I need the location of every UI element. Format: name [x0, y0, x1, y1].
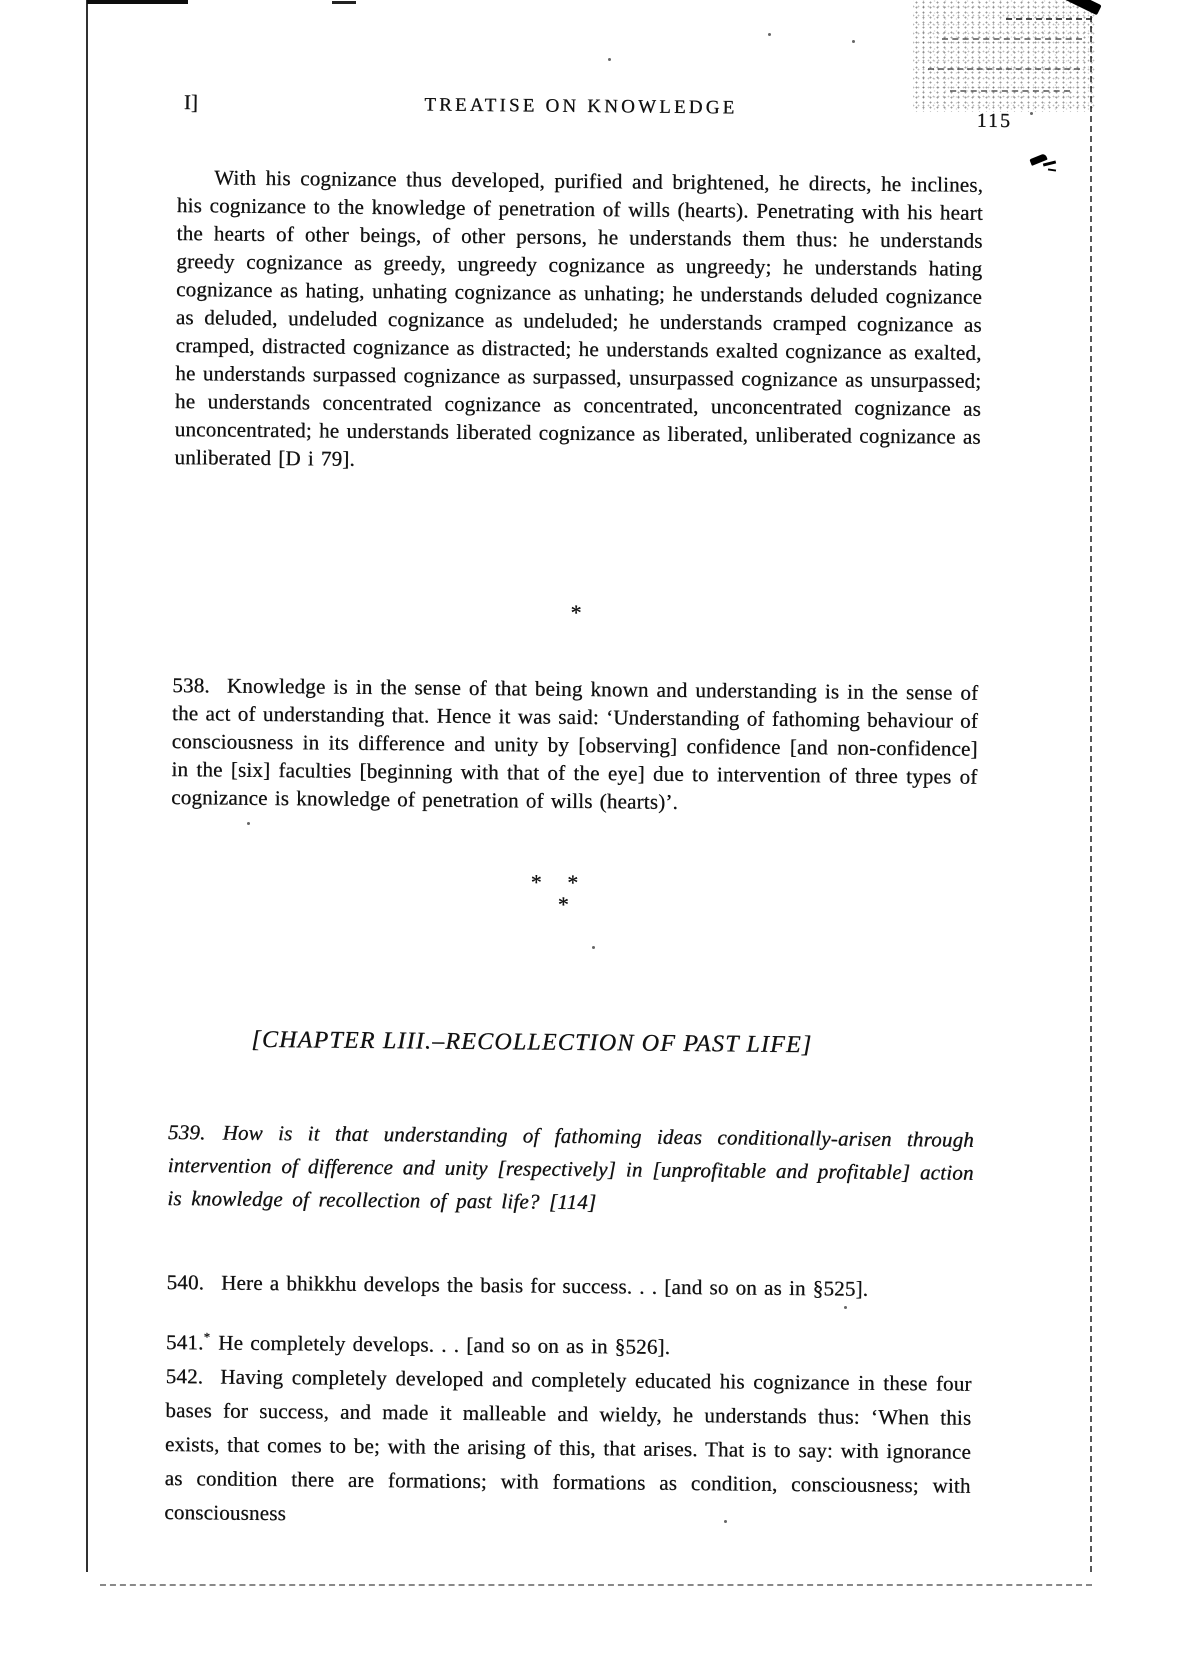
section-542-text: Having completely developed and complete…	[164, 1364, 971, 1525]
header-title: TREATISE ON KNOWLEDGE	[178, 92, 984, 122]
section-539: 539.How is it that understanding of fath…	[167, 1116, 974, 1223]
stray-dot	[608, 58, 611, 61]
scanner-noise	[950, 90, 1070, 92]
section-541-number: 541.	[166, 1330, 204, 1354]
section-538-text: Knowledge is in the sense of that being …	[171, 673, 978, 813]
page-content: I] TREATISE ON KNOWLEDGE 115 With his co…	[178, 88, 984, 96]
pen-arrow-flick	[1048, 168, 1056, 171]
section-542-number: 542.	[166, 1364, 221, 1389]
stray-dot	[1030, 112, 1033, 115]
page-left-edge-line	[86, 0, 88, 1572]
stray-dot	[592, 946, 595, 949]
section-541-text: He completely develops. . . [and so on a…	[218, 1330, 670, 1358]
section-538-number: 538.	[172, 673, 227, 698]
stray-dot	[844, 1306, 847, 1309]
pen-arrow-mark	[1026, 150, 1066, 180]
top-edge-mark	[332, 1, 356, 4]
section-538: 538.Knowledge is in the sense of that be…	[171, 671, 978, 819]
footnote-asterisk: *	[204, 1329, 219, 1344]
running-header: I] TREATISE ON KNOWLEDGE 115	[178, 88, 984, 136]
scanner-noise	[942, 38, 1082, 40]
stray-dot	[247, 822, 250, 825]
page-bottom-edge-dots	[100, 1584, 1092, 1586]
section-539-number: 539.	[168, 1120, 223, 1145]
section-540-text: Here a bhikkhu develops the basis for su…	[221, 1270, 868, 1300]
scanned-book-page: I] TREATISE ON KNOWLEDGE 115 With his co…	[0, 0, 1184, 1653]
chapter-heading: [CHAPTER LIII.–RECOLLECTION OF PAST LIFE…	[129, 1026, 935, 1061]
section-539-text: How is it that understanding of fathomin…	[167, 1120, 974, 1214]
stray-dot	[852, 40, 855, 43]
stray-dot	[768, 33, 771, 36]
section-separator: *	[173, 596, 979, 630]
page-right-edge-line	[1090, 16, 1092, 1572]
page-number: 115	[977, 110, 1012, 133]
section-540-number: 540.	[166, 1270, 221, 1295]
pen-arrow-tail	[1043, 160, 1056, 166]
scanner-noise	[928, 68, 1080, 70]
paragraph-intro: With his cognizance thus developed, puri…	[174, 163, 983, 479]
section-540: 540.Here a bhikkhu develops the basis fo…	[166, 1266, 972, 1307]
top-edge-mark	[87, 0, 188, 4]
section-542: 542.Having completely developed and comp…	[164, 1359, 972, 1537]
